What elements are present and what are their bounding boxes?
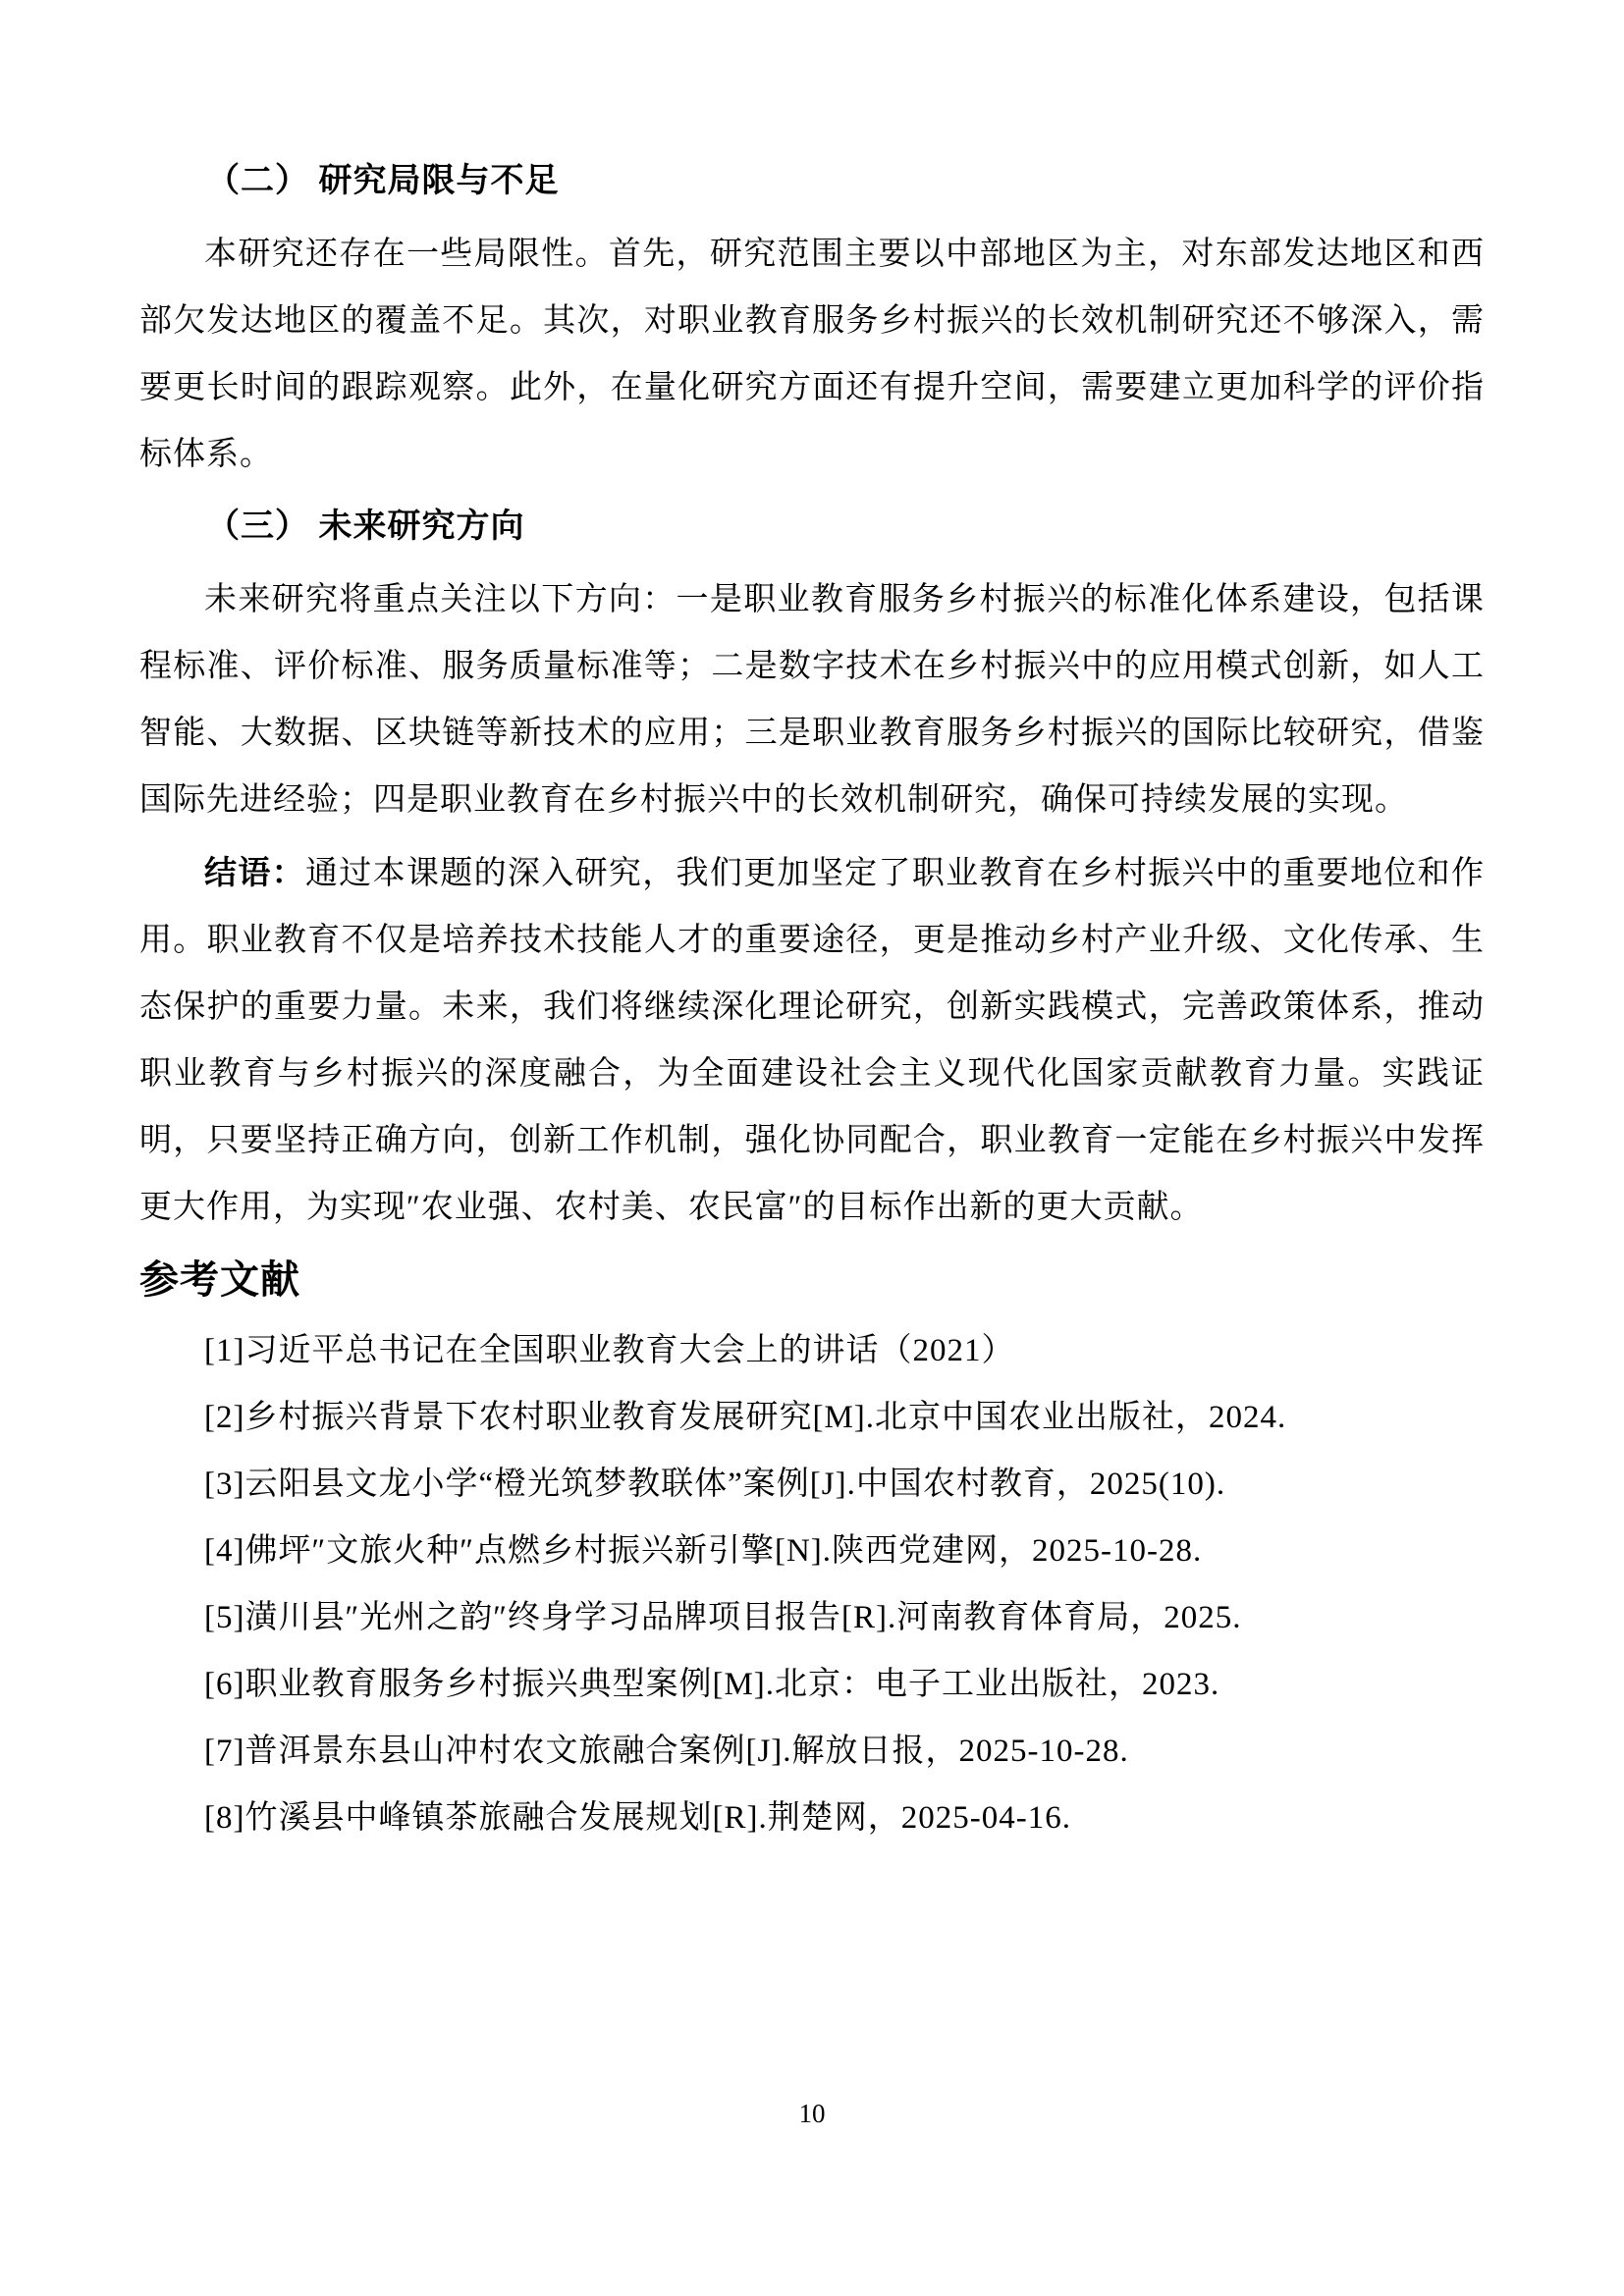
reference-item-8: [8]竹溪县中峰镇茶旅融合发展规划[R].荆楚网，2025-04-16. (139, 1785, 1485, 1851)
conclusion-text: 通过本课题的深入研究，我们更加坚定了职业教育在乡村振兴中的重要地位和作用。职业教… (139, 856, 1485, 1225)
page-number: 10 (0, 2097, 1624, 2130)
reference-item-7: [7]普洱景东县山冲村农文旅融合案例[J].解放日报，2025-10-28. (139, 1718, 1485, 1785)
reference-list: [1]习近平总书记在全国职业教育大会上的讲话（2021） [2]乡村振兴背景下农… (139, 1317, 1485, 1851)
references-heading: 参考文献 (139, 1247, 1485, 1313)
reference-item-1: [1]习近平总书记在全国职业教育大会上的讲话（2021） (139, 1317, 1485, 1384)
document-content: （二） 研究局限与不足 本研究还存在一些局限性。首先，研究范围主要以中部地区为主… (139, 148, 1485, 1851)
reference-item-3: [3]云阳县文龙小学“橙光筑梦教联体”案例[J].中国农村教育，2025(10)… (139, 1451, 1485, 1518)
paragraph-future: 未来研究将重点关注以下方向：一是职业教育服务乡村振兴的标准化体系建设，包括课程标… (139, 566, 1485, 833)
paragraph-limitations: 本研究还存在一些局限性。首先，研究范围主要以中部地区为主，对东部发达地区和西部欠… (139, 221, 1485, 488)
reference-item-6: [6]职业教育服务乡村振兴典型案例[M].北京：电子工业出版社，2023. (139, 1651, 1485, 1718)
reference-item-4: [4]佛坪″文旅火种″点燃乡村振兴新引擎[N].陕西党建网，2025-10-28… (139, 1518, 1485, 1584)
paragraph-conclusion: 结语：通过本课题的深入研究，我们更加坚定了职业教育在乡村振兴中的重要地位和作用。… (139, 839, 1485, 1241)
reference-item-2: [2]乡村振兴背景下农村职业教育发展研究[M].北京中国农业出版社，2024. (139, 1384, 1485, 1451)
section-heading-limitations: （二） 研究局限与不足 (139, 148, 1485, 215)
section-heading-future: （三） 未来研究方向 (139, 494, 1485, 561)
document-page: （二） 研究局限与不足 本研究还存在一些局限性。首先，研究范围主要以中部地区为主… (0, 0, 1624, 2296)
reference-item-5: [5]潢川县″光州之韵″终身学习品牌项目报告[R].河南教育体育局，2025. (139, 1584, 1485, 1651)
conclusion-label: 结语： (204, 854, 305, 890)
